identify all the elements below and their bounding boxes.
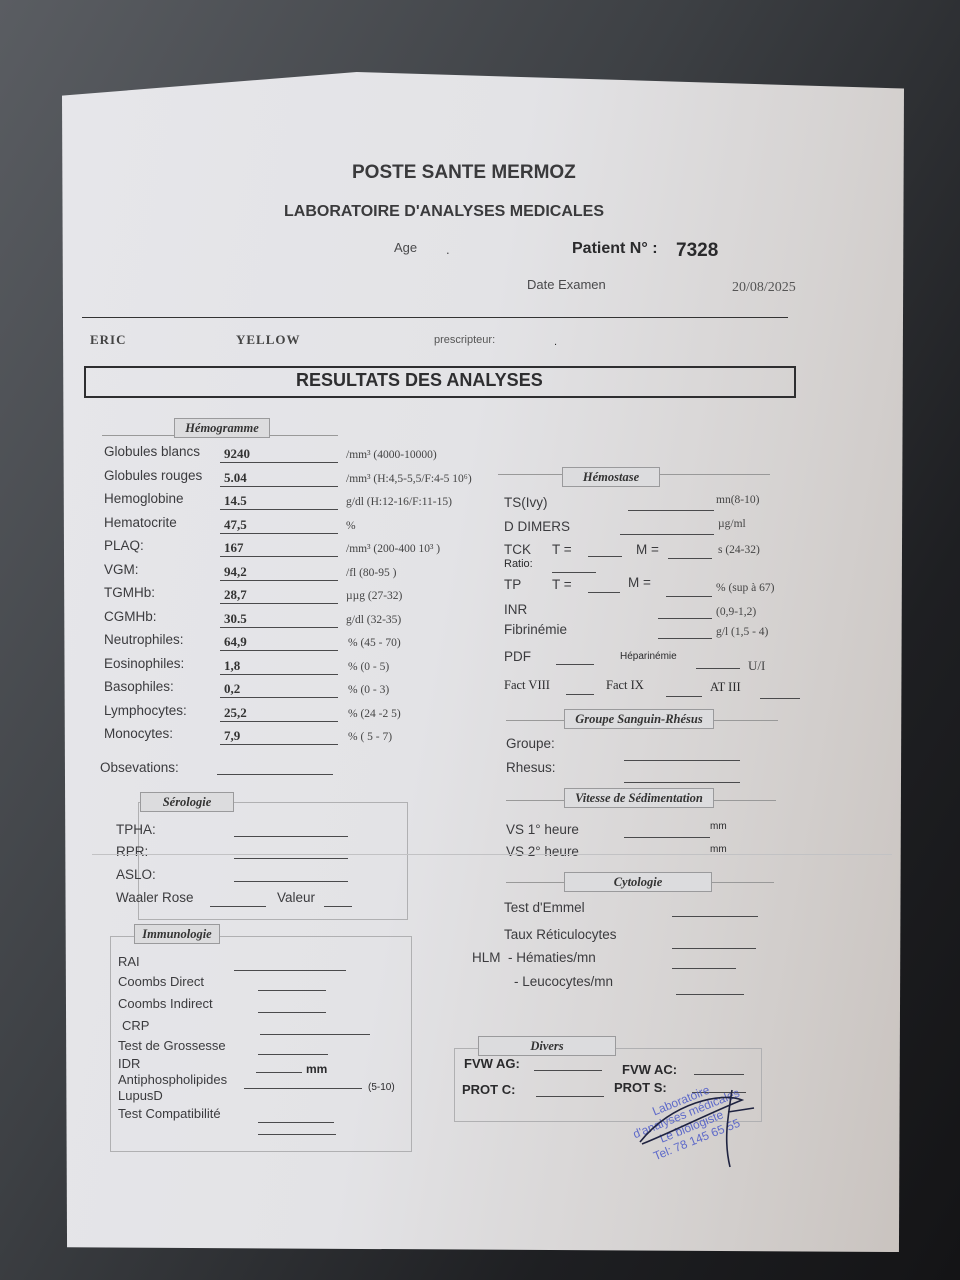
age-label: Age [394,240,417,255]
emmel-label: Test d'Emmel [504,900,585,915]
fvw-ac-label: FVW AC: [622,1062,677,1077]
pdf-label: PDF [504,649,531,664]
hemogramme-field[interactable] [220,603,338,604]
rhesus-field[interactable] [624,782,740,783]
ts-label: TS(Ivy) [504,495,548,510]
inr-field[interactable] [658,618,712,619]
fibrinemie-field[interactable] [658,638,712,639]
hemogramme-unit: µµg (27-32) [346,590,402,602]
tck-t-label: T = [552,542,572,557]
hemogramme-label: CGMHb: [104,609,157,624]
valeur-field[interactable] [324,906,352,907]
valeur-label: Valeur [277,890,315,905]
ddimers-unit: µg/ml [718,518,746,530]
hemogramme-field[interactable] [220,744,338,745]
hemogramme-field[interactable] [220,556,338,557]
patient-number: 7328 [676,240,718,262]
section-hemostase: Hémostase [562,467,660,487]
tp-m-label: M = [628,575,651,590]
tpha-field[interactable] [234,836,348,837]
hemogramme-unit: % ( 5 - 7) [348,731,392,743]
ts-field[interactable] [628,510,714,511]
heparinemie-label: Héparinémie [620,651,677,662]
hemogramme-unit: % (0 - 3) [348,684,389,696]
hemogramme-label: Neutrophiles: [104,632,184,647]
emmel-field[interactable] [672,916,758,917]
hemogramme-field[interactable] [220,509,338,510]
vs2-label: VS 2° heure [506,844,579,859]
section-groupe-sanguin: Groupe Sanguin-Rhésus [564,709,714,729]
patient-label: Patient N° : [572,240,658,258]
hemogramme-value: 14.5 [224,493,247,509]
hemogramme-label: Globules blancs [104,444,200,459]
immunologie-field[interactable] [256,1072,302,1073]
lab-name: POSTE SANTE MERMOZ [352,162,576,184]
leucocytes-field[interactable] [676,994,744,995]
hemogramme-field[interactable] [220,674,338,675]
reticulocytes-label: Taux Réticulocytes [504,927,617,942]
groupe-label: Groupe: [506,736,555,751]
immunologie-label: Test Compatibilité [118,1106,221,1121]
immunologie-field[interactable] [234,970,346,971]
tp-label: TP [504,577,521,592]
section-serologie: Sérologie [140,792,234,812]
tck-t-field[interactable] [588,556,622,557]
hemogramme-value: 7,9 [224,728,240,744]
age-value: . [446,242,450,257]
hemogramme-unit: g/dl (32-35) [346,614,401,626]
patient-first-name: ERIC [90,332,127,348]
date-label: Date Examen [527,277,606,292]
immunologie-label: RAI [118,954,140,969]
aslo-label: ASLO: [116,867,156,882]
immunologie-label: CRP [122,1018,149,1033]
paper-fold-crease [92,854,892,855]
hemogramme-label: VGM: [104,562,139,577]
heparinemie-field[interactable] [696,668,740,669]
lab-report-sheet: POSTE SANTE MERMOZ LABORATOIRE D'ANALYSE… [62,72,904,1252]
section-immunologie: Immunologie [134,924,220,944]
tck-unit: s (24-32) [718,544,760,556]
prescriber-value: . [554,336,557,348]
hemogramme-field[interactable] [220,462,338,463]
hemogramme-field[interactable] [220,721,338,722]
fact-ix-field[interactable] [666,696,702,697]
vs1-unit: mm [710,821,727,832]
immunologie-field[interactable] [258,1122,334,1123]
immunologie-label: Coombs Direct [118,974,204,989]
hemogramme-label: TGMHb: [104,585,155,600]
tpha-label: TPHA: [116,822,156,837]
immunologie-label: Coombs Indirect [118,996,213,1011]
header-divider [82,317,788,318]
hemogramme-label: Basophiles: [104,679,174,694]
hemogramme-field[interactable] [220,580,338,581]
hlm-label: HLM [472,950,501,965]
immunologie-label: Test de Grossesse [118,1038,226,1053]
section-vitesse-sedimentation: Vitesse de Sédimentation [564,788,714,808]
reticulocytes-field[interactable] [672,948,756,949]
tp-m-field[interactable] [666,596,712,597]
tp-unit: % (sup à 67) [716,582,774,594]
tck-m-field[interactable] [668,558,712,559]
hemogramme-field[interactable] [220,486,338,487]
hemogramme-label: Monocytes: [104,726,173,741]
hemogramme-value: 47,5 [224,517,247,533]
hemogramme-value: 28,7 [224,587,247,603]
section-cytologie: Cytologie [564,872,712,892]
hemogramme-unit: /mm³ (H:4,5-5,5/F:4-5 10⁶) [346,473,472,485]
hemogramme-label: Eosinophiles: [104,656,184,671]
hemogramme-field[interactable] [220,627,338,628]
heparinemie-unit: U/I [748,658,765,674]
hemogramme-unit: % [346,520,356,532]
immunologie-field[interactable] [260,1034,370,1035]
hemogramme-label: Hematocrite [104,515,177,530]
hemogramme-label: PLAQ: [104,538,144,553]
fvw-ac-field[interactable] [694,1074,744,1075]
exam-date: 20/08/2025 [732,280,796,296]
immunologie-field[interactable] [244,1088,362,1089]
leucocytes-label: - Leucocytes/mn [514,974,613,989]
hemogramme-label: Hemoglobine [104,491,184,506]
signature-icon [632,1082,772,1172]
immunologie-field[interactable] [258,990,326,991]
hemogramme-field[interactable] [220,650,338,651]
immunologie-label: IDR [118,1056,140,1071]
hemogramme-value: 64,9 [224,634,247,650]
fact-viii-label: Fact VIII [504,678,550,693]
fvw-ag-field[interactable] [534,1070,602,1071]
prescriber-label: prescripteur: [434,334,495,346]
vs1-label: VS 1° heure [506,822,579,837]
hematies-field[interactable] [672,968,736,969]
tck-label: TCK [504,542,531,557]
hemogramme-label: Lymphocytes: [104,703,187,718]
fact-viii-field[interactable] [566,694,594,695]
immunologie-field[interactable] [258,1012,326,1013]
idr-unit: mm [306,1062,327,1076]
fibrinemie-unit: g/l (1,5 - 4) [716,626,768,638]
immunologie-field[interactable] [258,1134,336,1135]
hemogramme-unit: % (0 - 5) [348,661,389,673]
tck-m-label: M = [636,542,659,557]
rpr-label: RPR: [116,844,148,859]
immunologie-field[interactable] [258,1054,328,1055]
ratio-label: Ratio: [504,558,533,570]
fact-ix-label: Fact IX [606,678,644,693]
hemogramme-unit: % (24 -2 5) [348,708,401,720]
hemogramme-value: 94,2 [224,564,247,580]
lab-subtitle: LABORATOIRE D'ANALYSES MEDICALES [284,203,604,221]
hematies-label: - Hématies/mn [508,950,596,965]
ts-unit: mn(8-10) [716,494,759,506]
observations-label: Obsevations: [100,760,179,775]
at-iii-label: AT III [710,680,741,695]
inr-label: INR [504,602,527,617]
prot-c-label: PROT C: [462,1082,515,1097]
hemogramme-value: 0,2 [224,681,240,697]
rhesus-label: Rhesus: [506,760,556,775]
section-divers: Divers [478,1036,616,1056]
immunologie-label: Antiphospholipides [118,1072,227,1087]
hemogramme-value: 1,8 [224,658,240,674]
hemogramme-unit: % (45 - 70) [348,637,401,649]
prot-c-field[interactable] [536,1096,604,1097]
hemogramme-unit: /mm³ (4000-10000) [346,449,437,461]
hemogramme-value: 167 [224,540,244,556]
at-iii-field[interactable] [760,698,800,699]
fvw-ag-label: FVW AG: [464,1056,520,1071]
hemogramme-field[interactable] [220,533,338,534]
inr-unit: (0,9-1,2) [716,606,756,618]
results-title: RESULTATS DES ANALYSES [296,370,543,391]
waaler-field[interactable] [210,906,266,907]
fibrinemie-label: Fibrinémie [504,622,567,637]
hemogramme-unit: /mm³ (200-400 10³ ) [346,543,440,555]
aslo-field[interactable] [234,881,348,882]
pdf-field[interactable] [556,664,594,665]
observations-field[interactable] [217,774,333,775]
hemogramme-value: 25,2 [224,705,247,721]
ddimers-field[interactable] [620,534,714,535]
immunologie-label: LupusD [118,1088,163,1103]
ddimers-label: D DIMERS [504,519,570,534]
vs1-field[interactable] [624,837,710,838]
hemogramme-label: Globules rouges [104,468,202,483]
tp-t-field[interactable] [588,592,620,593]
hemogramme-unit: g/dl (H:12-16/F:11-15) [346,496,452,508]
ratio-field[interactable] [552,572,596,573]
patient-last-name: YELLOW [236,332,301,348]
hemogramme-value: 30.5 [224,611,247,627]
waaler-label: Waaler Rose [116,890,194,905]
hemogramme-field[interactable] [220,697,338,698]
hemogramme-unit: /fl (80-95 ) [346,567,396,579]
tp-t-label: T = [552,577,572,592]
groupe-field[interactable] [624,760,740,761]
rpr-field[interactable] [234,858,348,859]
lupus-range: (5-10) [368,1082,395,1093]
hemogramme-value: 5.04 [224,470,247,486]
section-hemogramme: Hémogramme [174,418,270,438]
hemogramme-value: 9240 [224,446,250,462]
